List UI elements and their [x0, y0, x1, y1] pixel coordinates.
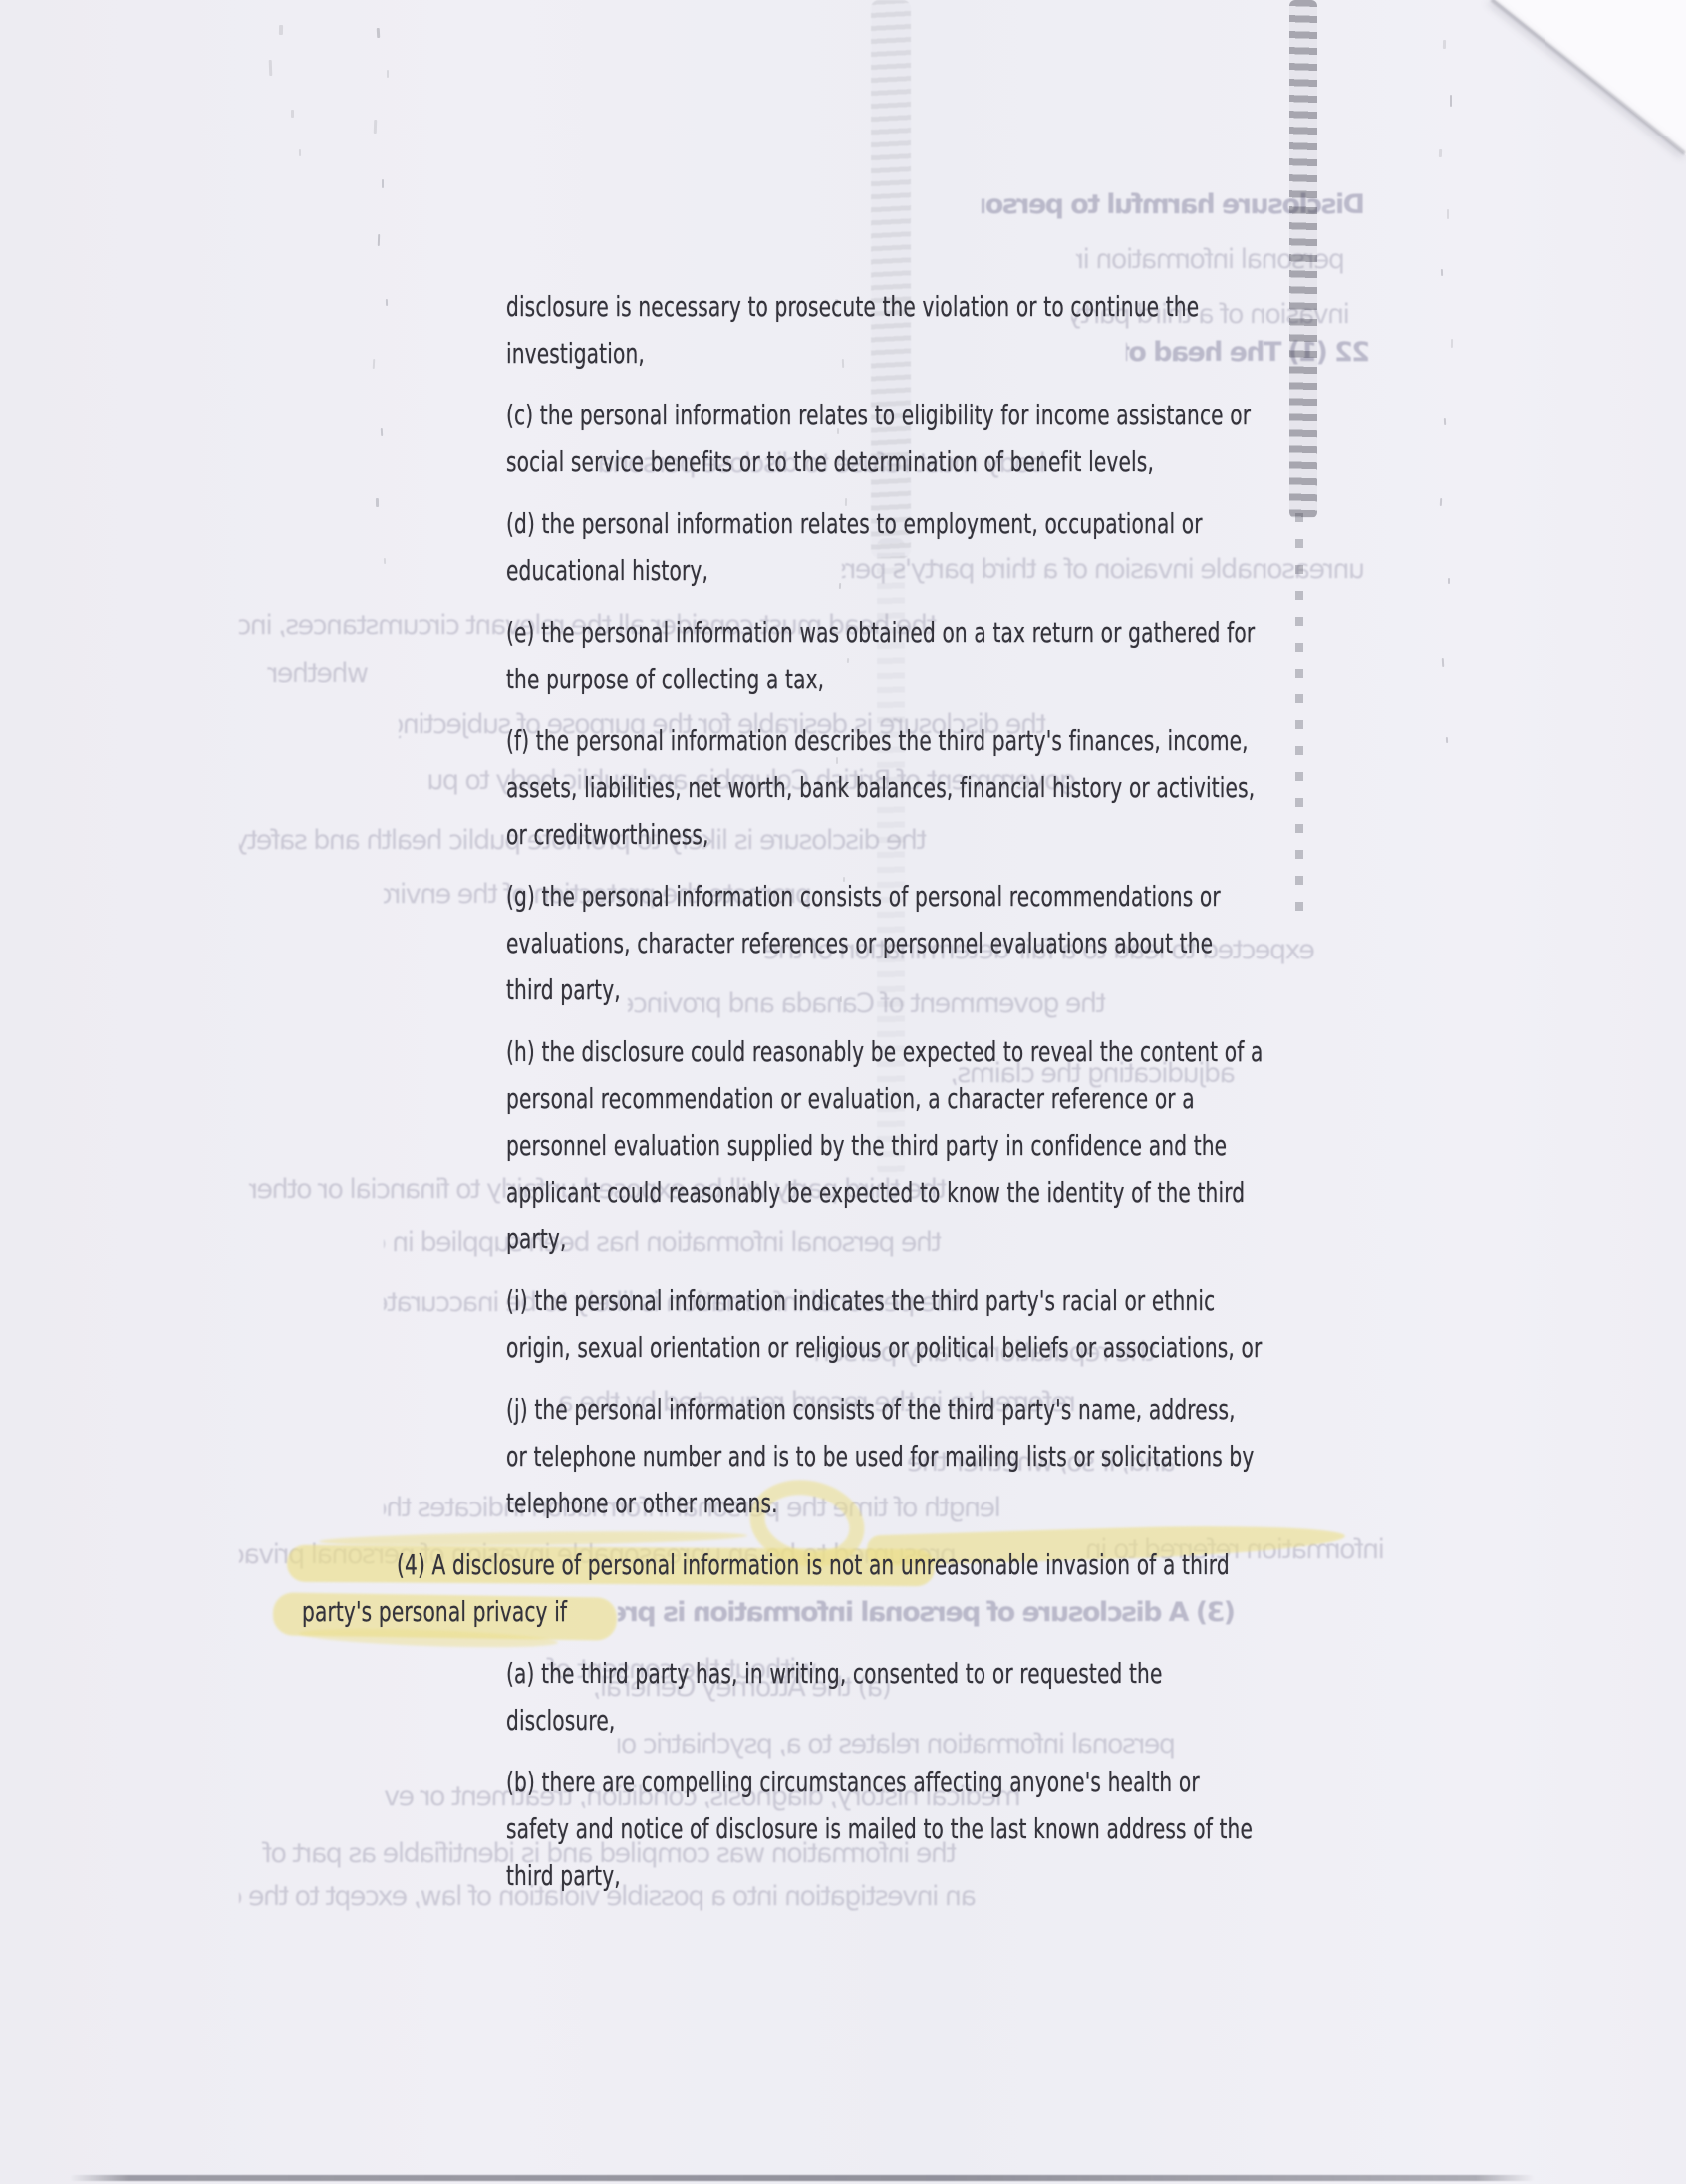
text-line: applicant could reasonably be expected t… [0, 1169, 1686, 1216]
text-line-content: investigation, [506, 330, 645, 377]
text-line: (d) the personal information relates to … [0, 500, 1686, 547]
paragraph: (a) the third party has, in writing, con… [0, 1650, 1686, 1744]
text-line-content: third party, [506, 1852, 621, 1899]
text-line: (f) the personal information describes t… [0, 717, 1686, 764]
text-line-content: or creditworthiness, [506, 811, 709, 858]
highlighted-paragraph: (4) A disclosure of personal information… [0, 1541, 1686, 1635]
text-line: educational history, [0, 547, 1686, 594]
text-line: disclosure, [0, 1697, 1686, 1744]
text-line: investigation, [0, 330, 1686, 377]
scan-speck [279, 25, 283, 35]
paragraph: (f) the personal information describes t… [0, 717, 1686, 858]
text-line: personal recommendation or evaluation, a… [0, 1075, 1686, 1122]
text-line-content: disclosure, [506, 1697, 615, 1744]
text-line-content: safety and notice of disclosure is maile… [506, 1805, 1253, 1852]
scan-speck [1443, 40, 1446, 49]
text-line: (c) the personal information relates to … [0, 392, 1686, 438]
text-line-content: party, [506, 1216, 567, 1262]
text-line: (e) the personal information was obtaine… [0, 609, 1686, 656]
text-line-content: (h) the disclosure could reasonably be e… [506, 1028, 1263, 1075]
text-line-content: the purpose of collecting a tax, [506, 656, 824, 702]
text-line-content: (4) A disclosure of personal information… [397, 1541, 1230, 1588]
scan-speck [374, 120, 377, 134]
scan-speck [1646, 100, 1648, 106]
text-line: party, [0, 1216, 1686, 1262]
text-line: social service benefits or to the determ… [0, 438, 1686, 485]
paragraph: (i) the personal information indicates t… [0, 1277, 1686, 1371]
text-line: (j) the personal information consists of… [0, 1386, 1686, 1433]
scan-speck [1447, 209, 1449, 219]
text-line-content: (j) the personal information consists of… [506, 1386, 1236, 1433]
paragraph: (d) the personal information relates to … [0, 500, 1686, 594]
page-corner-fold-shadow [1491, 0, 1686, 155]
scan-speck [382, 179, 384, 188]
text-line: (h) the disclosure could reasonably be e… [0, 1028, 1686, 1075]
text-line-content: (d) the personal information relates to … [506, 500, 1203, 547]
paragraph: (b) there are compelling circumstances a… [0, 1759, 1686, 1899]
text-line: the purpose of collecting a tax, [0, 656, 1686, 702]
paragraph: (j) the personal information consists of… [0, 1386, 1686, 1526]
paragraph: (h) the disclosure could reasonably be e… [0, 1028, 1686, 1262]
text-line: third party, [0, 1852, 1686, 1899]
scan-speck [269, 60, 273, 76]
text-line: evaluations, character references or per… [0, 920, 1686, 966]
text-line-content: personal recommendation or evaluation, a… [506, 1075, 1195, 1122]
scan-speck [299, 149, 301, 156]
text-line: personnel evaluation supplied by the thi… [0, 1122, 1686, 1169]
text-line-content: or telephone number and is to be used fo… [506, 1433, 1254, 1480]
text-line-content: (f) the personal information describes t… [506, 717, 1249, 764]
text-line: origin, sexual orientation or religious … [0, 1324, 1686, 1371]
bleedthrough-line: Disclosure harmful to personal privacy [982, 189, 1365, 220]
scanned-document-page: Disclosure harmful to personal privacype… [0, 0, 1686, 2184]
paragraph: (e) the personal information was obtaine… [0, 609, 1686, 702]
scan-speck [291, 110, 294, 118]
scan-speck [387, 70, 389, 78]
paragraph: disclosure is necessary to prosecute the… [0, 283, 1686, 377]
bleedthrough-line: personal information in an [1076, 244, 1345, 275]
text-line-content: educational history, [506, 547, 708, 594]
text-line: or telephone number and is to be used fo… [0, 1433, 1686, 1480]
scan-speck [1439, 149, 1442, 157]
text-line: (g) the personal information consists of… [0, 873, 1686, 920]
text-line: (b) there are compelling circumstances a… [0, 1759, 1686, 1805]
text-line-content: evaluations, character references or per… [506, 920, 1213, 966]
text-line: third party, [0, 966, 1686, 1013]
text-line-content: applicant could reasonably be expected t… [506, 1169, 1245, 1216]
text-line: or creditworthiness, [0, 811, 1686, 858]
text-line-content: social service benefits or to the determ… [506, 438, 1154, 485]
scan-bottom-edge-artifact [70, 2175, 1535, 2181]
text-line: telephone or other means. [0, 1480, 1686, 1526]
scan-speck [1634, 55, 1636, 63]
text-line: safety and notice of disclosure is maile… [0, 1805, 1686, 1852]
text-line-content: (i) the personal information indicates t… [506, 1277, 1215, 1324]
page-corner-fold [1495, 0, 1686, 155]
scan-speck [1441, 269, 1443, 276]
text-line-content: personnel evaluation supplied by the thi… [506, 1122, 1227, 1169]
scan-speck [378, 234, 380, 246]
text-line-content: (e) the personal information was obtaine… [506, 609, 1255, 656]
scan-speck [377, 28, 381, 38]
text-line-content: (c) the personal information relates to … [506, 392, 1251, 438]
text-line: (i) the personal information indicates t… [0, 1277, 1686, 1324]
paragraph: (g) the personal information consists of… [0, 873, 1686, 1013]
statute-text-block: disclosure is necessary to prosecute the… [0, 283, 1686, 1914]
text-line-content: disclosure is necessary to prosecute the… [506, 283, 1199, 330]
text-line-content: telephone or other means. [506, 1480, 778, 1526]
text-line-content: (g) the personal information consists of… [506, 873, 1221, 920]
text-line: (4) A disclosure of personal information… [0, 1541, 1686, 1588]
text-line-content: (a) the third party has, in writing, con… [506, 1650, 1163, 1697]
text-line: party's personal privacy if [0, 1588, 1686, 1635]
text-line-content: third party, [506, 966, 621, 1013]
paragraph: (c) the personal information relates to … [0, 392, 1686, 485]
text-line-content: assets, liabilities, net worth, bank bal… [506, 764, 1255, 811]
text-line: assets, liabilities, net worth, bank bal… [0, 764, 1686, 811]
scan-speck [1450, 95, 1452, 107]
text-line: (a) the third party has, in writing, con… [0, 1650, 1686, 1697]
text-line-content: (b) there are compelling circumstances a… [506, 1759, 1200, 1805]
text-line-content: origin, sexual orientation or religious … [506, 1324, 1262, 1371]
text-line: disclosure is necessary to prosecute the… [0, 283, 1686, 330]
text-line-content: party's personal privacy if [302, 1588, 567, 1635]
